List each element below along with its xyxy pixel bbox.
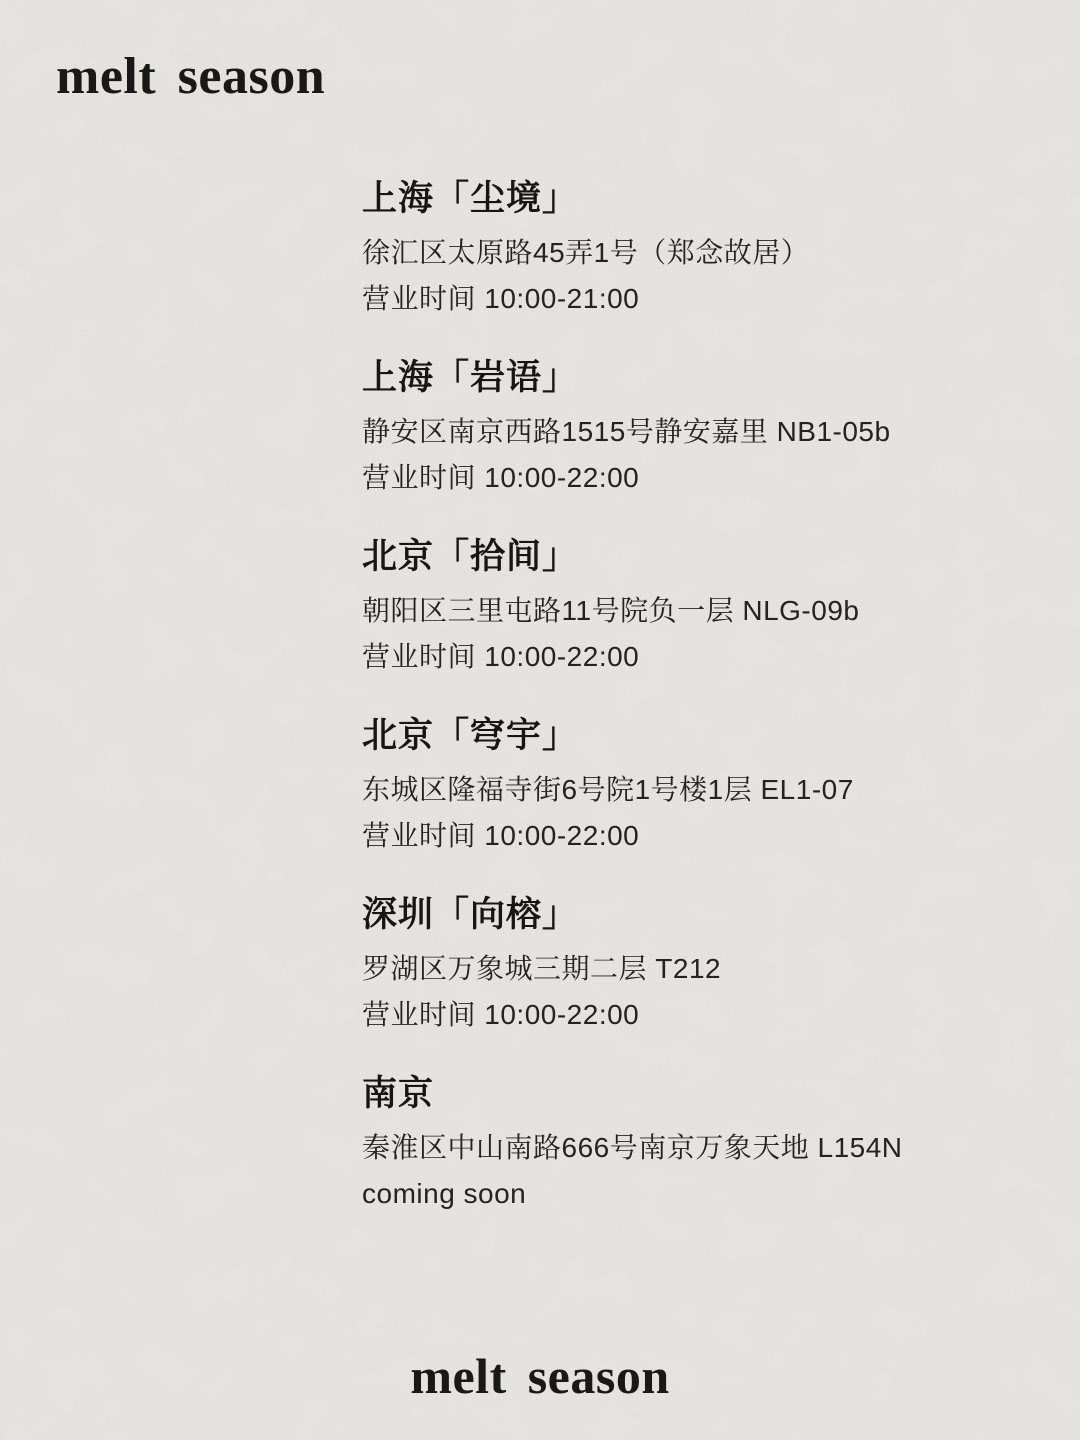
store-info: coming soon xyxy=(362,1171,982,1217)
store-info: 营业时间 10:00-22:00 xyxy=(362,992,982,1038)
store-list: 上海「尘境」 徐汇区太原路45弄1号（郑念故居） 营业时间 10:00-21:0… xyxy=(362,176,982,1250)
store-info: 营业时间 10:00-21:00 xyxy=(362,276,982,322)
store-title: 深圳「向榕」 xyxy=(362,892,982,938)
store-title: 北京「穹宇」 xyxy=(362,713,982,759)
store-address: 徐汇区太原路45弄1号（郑念故居） xyxy=(362,230,982,276)
store-info: 营业时间 10:00-22:00 xyxy=(362,634,982,680)
brand-logo-bottom: melt season xyxy=(0,1348,1080,1404)
store-block: 北京「穹宇」 东城区隆福寺街6号院1号楼1层 EL1-07 营业时间 10:00… xyxy=(362,713,982,859)
store-title: 上海「岩语」 xyxy=(362,355,982,401)
store-title: 上海「尘境」 xyxy=(362,176,982,222)
store-title: 北京「拾间」 xyxy=(362,534,982,580)
store-block: 北京「拾间」 朝阳区三里屯路11号院负一层 NLG-09b 营业时间 10:00… xyxy=(362,534,982,680)
store-block: 南京 秦淮区中山南路666号南京万象天地 L154N coming soon xyxy=(362,1071,982,1217)
store-block: 上海「岩语」 静安区南京西路1515号静安嘉里 NB1-05b 营业时间 10:… xyxy=(362,355,982,501)
store-title: 南京 xyxy=(362,1071,982,1117)
store-address: 秦淮区中山南路666号南京万象天地 L154N xyxy=(362,1125,982,1171)
store-address: 朝阳区三里屯路11号院负一层 NLG-09b xyxy=(362,588,982,634)
brand-logo-top: melt season xyxy=(56,48,325,106)
store-address: 罗湖区万象城三期二层 T212 xyxy=(362,946,982,992)
store-info: 营业时间 10:00-22:00 xyxy=(362,813,982,859)
store-address: 静安区南京西路1515号静安嘉里 NB1-05b xyxy=(362,409,982,455)
store-info: 营业时间 10:00-22:00 xyxy=(362,455,982,501)
store-address: 东城区隆福寺街6号院1号楼1层 EL1-07 xyxy=(362,767,982,813)
store-block: 上海「尘境」 徐汇区太原路45弄1号（郑念故居） 营业时间 10:00-21:0… xyxy=(362,176,982,322)
store-block: 深圳「向榕」 罗湖区万象城三期二层 T212 营业时间 10:00-22:00 xyxy=(362,892,982,1038)
poster-content: melt season 上海「尘境」 徐汇区太原路45弄1号（郑念故居） 营业时… xyxy=(0,0,1080,1440)
